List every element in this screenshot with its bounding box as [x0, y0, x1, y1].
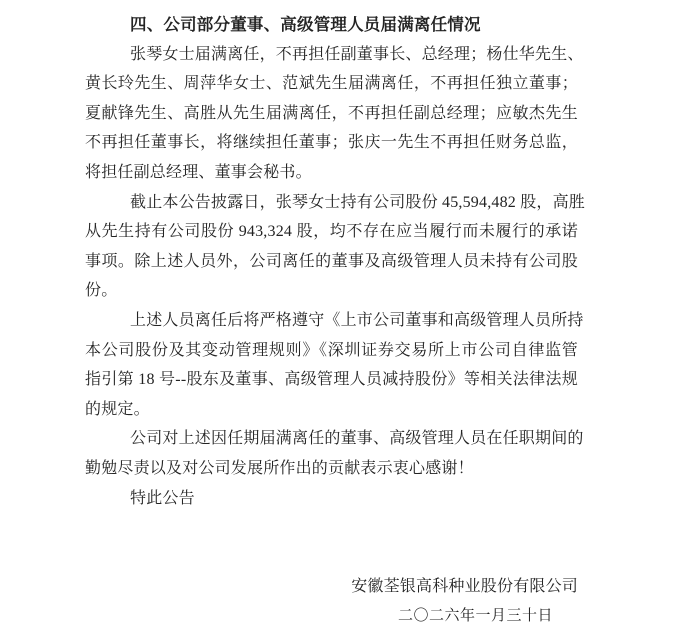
body-line: 的规定。 [85, 395, 578, 425]
section-title: 四、公司部分董事、高级管理人员届满离任情况 [85, 10, 578, 40]
body-line: 勤勉尽责以及对公司发展所作出的贡献表示衷心感谢！ [85, 454, 578, 484]
signature-date: 二〇二六年一月三十日 [85, 602, 578, 630]
body-line: 本公司股份及其变动管理规则》《深圳证券交易所上市公司自律监管 [85, 336, 578, 366]
closing-statement: 特此公告 [85, 484, 578, 514]
company-signature: 安徽荃银高科种业股份有限公司 [85, 572, 578, 602]
body-line: 不再担任董事长，将继续担任董事；张庆一先生不再担任财务总监， [85, 128, 578, 158]
body-line: 从先生持有公司股份 943,324 股，均不存在应当履行而未履行的承诺 [85, 217, 578, 247]
announcement-document: 四、公司部分董事、高级管理人员届满离任情况 张琴女士届满离任，不再担任副董事长、… [0, 0, 680, 630]
body-line: 黄长玲先生、周萍华女士、范斌先生届满离任，不再担任独立董事； [85, 69, 578, 99]
body-line: 指引第 18 号--股东及董事、高级管理人员减持股份》等相关法律法规 [85, 365, 578, 395]
body-line: 张琴女士届满离任，不再担任副董事长、总经理；杨仕华先生、 [85, 40, 578, 70]
signature-spacer [85, 513, 578, 572]
document-body: 四、公司部分董事、高级管理人员届满离任情况 张琴女士届满离任，不再担任副董事长、… [85, 10, 578, 630]
body-line: 截止本公告披露日，张琴女士持有公司股份 45,594,482 股，高胜 [85, 188, 578, 218]
body-line: 公司对上述因任期届满离任的董事、高级管理人员在任职期间的 [85, 424, 578, 454]
body-line: 事项。除上述人员外，公司离任的董事及高级管理人员未持有公司股 [85, 247, 578, 277]
body-line: 将担任副总经理、董事会秘书。 [85, 158, 578, 188]
body-line: 份。 [85, 276, 578, 306]
body-line: 上述人员离任后将严格遵守《上市公司董事和高级管理人员所持 [85, 306, 578, 336]
body-line: 夏献锋先生、高胜从先生届满离任，不再担任副总经理；应敏杰先生 [85, 99, 578, 129]
